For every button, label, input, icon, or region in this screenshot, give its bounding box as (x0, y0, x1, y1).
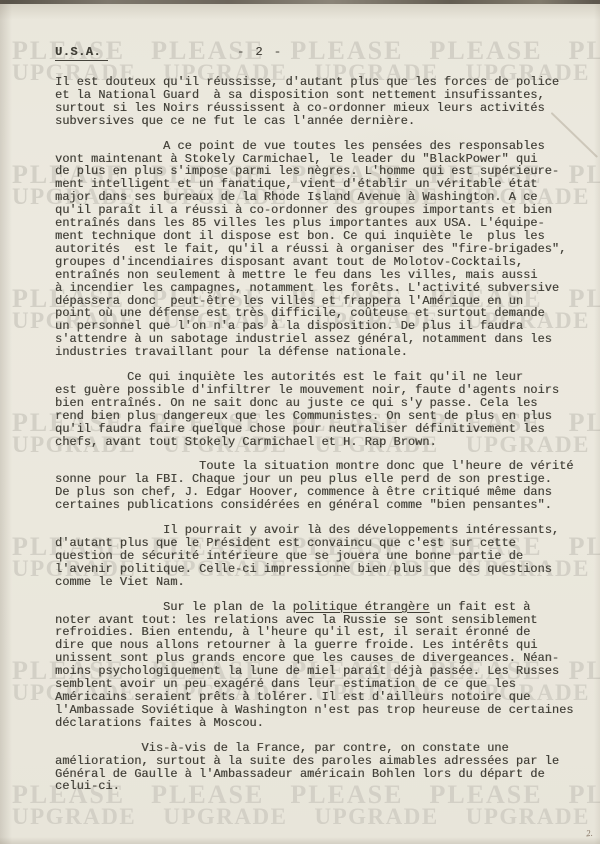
section-label: U.S.A. (55, 46, 108, 61)
foreign-policy-underlined-phrase: politique étrangère (293, 600, 430, 614)
handwritten-page-mark: 2. (586, 828, 594, 839)
paragraph-police-forces: Il est douteux qu'il réussisse, d'autant… (55, 76, 595, 128)
paragraph-infiltration: Ce qui inquiète les autorités est le fai… (55, 371, 595, 448)
foreign-policy-text-after: un fait est à noter avant tout: les rela… (55, 600, 573, 730)
paragraph-carmichael-black-power: A ce point de vue toutes les pensées des… (55, 140, 595, 359)
watermark-row: UPGRADEUPGRADEUPGRADEUPGRADEUPGRADE (12, 804, 600, 830)
paragraph-president-security: Il pourrait y avoir là des développement… (55, 524, 595, 589)
paragraph-fbi-hoover: Toute la situation montre donc que l'heu… (55, 460, 595, 512)
document-content: U.S.A. - 2 - Il est douteux qu'il réussi… (55, 46, 595, 805)
foreign-policy-text-before: Sur le plan de la (55, 600, 293, 614)
page-bottom-edge (0, 837, 600, 844)
paragraph-foreign-policy: Sur le plan de la politique étrangère un… (55, 601, 595, 730)
watermark-word: UPGRADE (466, 804, 590, 830)
page-left-edge (0, 0, 12, 844)
page-top-shadow (0, 4, 600, 20)
watermark-word: UPGRADE (163, 804, 287, 830)
paragraph-france-de-gaulle: Vis-à-vis de la France, par contre, on c… (55, 742, 595, 794)
document-header: U.S.A. - 2 - (55, 46, 595, 60)
page-number: - 2 - (237, 46, 283, 59)
watermark-word: UPGRADE (314, 804, 438, 830)
watermark-word: UPGRADE (12, 804, 136, 830)
document-page: PLEASEPLEASEPLEASEPLEASEPLEASEUPGRADEUPG… (0, 0, 600, 844)
